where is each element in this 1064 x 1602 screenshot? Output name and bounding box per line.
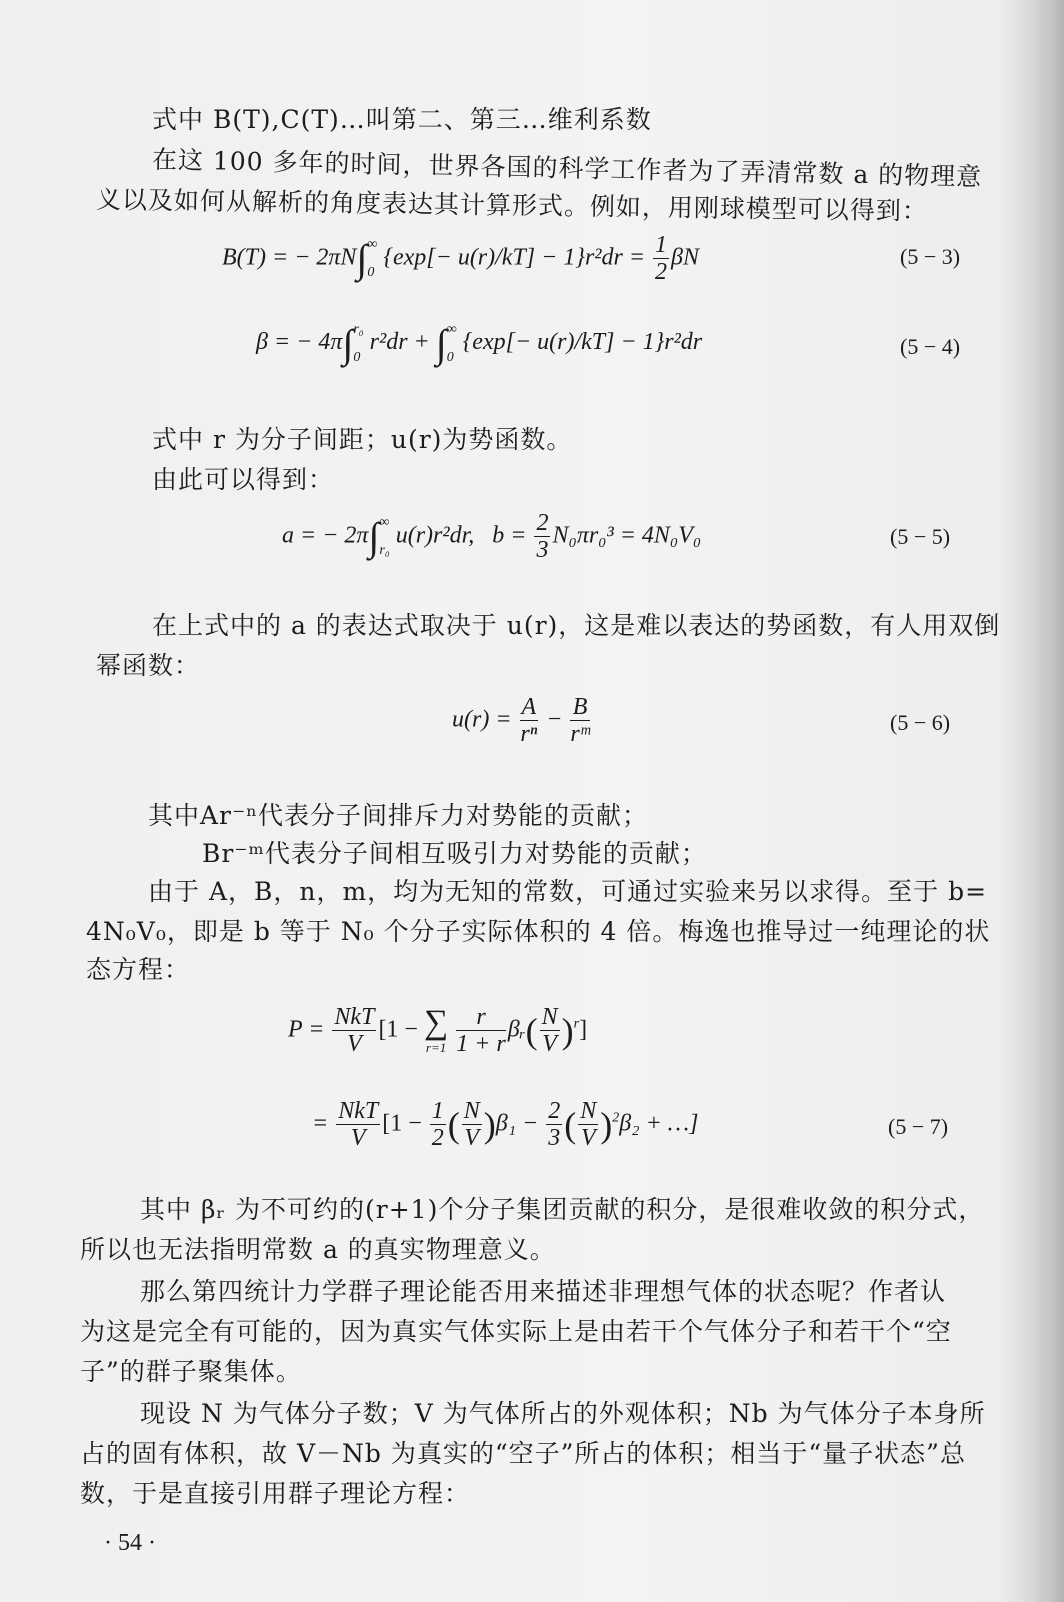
equation-number-5-7: (5 − 7) bbox=[888, 1114, 948, 1140]
fraction-B-over-r-m: Brᵐ bbox=[570, 694, 589, 748]
text-line-repulsion: 其中Ar⁻ⁿ代表分子间排斥力对势能的贡献； bbox=[148, 796, 648, 832]
text-line-paragraph-8c: 态方程： bbox=[86, 950, 190, 986]
text-line-r-definition: 式中 r 为分子间距；u(r)为势函数。 bbox=[152, 420, 572, 456]
text-line-virial-coefficients: 式中 B(T),C(T)…叫第二、第三…维利系数 bbox=[152, 100, 652, 136]
text-line-paragraph-10a: 那么第四统计力学群子理论能否用来描述非理想气体的状态呢？作者认 bbox=[140, 1272, 946, 1308]
text-line-paragraph-5b: 幂函数： bbox=[96, 646, 200, 682]
equation-5-3: B(T) = − 2πN∫∞0 {exp[− u(r)/kT] − 1}r²dr… bbox=[222, 232, 699, 286]
text-line-paragraph-11c: 数，于是直接引用群子理论方程： bbox=[80, 1474, 470, 1510]
integral-sign: ∫ bbox=[436, 321, 447, 366]
equation-5-7-line-1: P = NkTV[1 − ∑r=1 r1 + rβᵣ(NV)r] bbox=[288, 1004, 587, 1058]
equation-number-5-3: (5 − 3) bbox=[900, 244, 960, 270]
text-line-paragraph-10c: 子”的群子聚集体。 bbox=[80, 1352, 302, 1388]
equation-5-4: β = − 4π∫r₀0 r²dr + ∫∞0 {exp[− u(r)/kT] … bbox=[256, 320, 702, 367]
text-line-paragraph-10b: 为这是完全有可能的，因为真实气体实际上是由若干个气体分子和若干个“空 bbox=[80, 1312, 952, 1348]
integral-sign: ∫ bbox=[368, 514, 379, 559]
equation-5-7-line-2: = NkTV[1 − 12(NV)β₁ − 23(NV)2β₂ + …] bbox=[312, 1098, 698, 1152]
equation-5-5: a = − 2π∫∞r₀ u(r)r²dr, b = 23N₀πr₀³ = 4N… bbox=[282, 510, 701, 564]
eq53-lhs: B(T) = − 2πN bbox=[222, 244, 356, 270]
text-line-paragraph-11b: 占的固有体积，故 V－Nb 为真实的“空子”所占的体积；相当于“量子状态”总 bbox=[80, 1434, 966, 1470]
eq53-body: {exp[− u(r)/kT] − 1}r²dr = bbox=[383, 244, 645, 270]
fraction-one-half: 12 bbox=[653, 232, 669, 286]
text-line-paragraph-9b: 所以也无法指明常数 a 的真实物理意义。 bbox=[80, 1230, 556, 1266]
text-line-paragraph-8b: 4N₀V₀，即是 b 等于 N₀ 个分子实际体积的 4 倍。梅逸也推导过一纯理论… bbox=[86, 912, 990, 948]
book-spine-shadow bbox=[1034, 0, 1064, 1602]
text-line-hence: 由此可以得到： bbox=[152, 460, 334, 496]
text-line-paragraph-9a: 其中 βᵣ 为不可约的(r+1)个分子集团贡献的积分，是很难收敛的积分式， bbox=[140, 1190, 984, 1226]
fraction-two-thirds: 23 bbox=[534, 510, 550, 564]
integral-limits: ∞0 bbox=[367, 238, 377, 280]
equation-number-5-6: (5 − 6) bbox=[890, 710, 950, 736]
integral-sign: ∫ bbox=[342, 321, 353, 366]
fraction-A-over-r-n: Arⁿ bbox=[520, 694, 539, 748]
text-line-paragraph-8a: 由于 A，B，n，m，均为无知的常数，可通过实验来另以求得。至于 b= bbox=[148, 872, 987, 908]
book-page: 式中 B(T),C(T)…叫第二、第三…维利系数 在这 100 多年的时间，世界… bbox=[0, 0, 1064, 1602]
text-line-paragraph-11a: 现设 N 为气体分子数；V 为气体所占的外观体积；Nb 为气体分子本身所 bbox=[140, 1394, 986, 1430]
equation-number-5-5: (5 − 5) bbox=[890, 524, 950, 550]
equation-number-5-4: (5 − 4) bbox=[900, 334, 960, 360]
equation-5-6: u(r) = Arⁿ − Brᵐ bbox=[452, 694, 592, 748]
summation-sign: ∑r=1 bbox=[424, 1006, 448, 1056]
integral-sign: ∫ bbox=[356, 236, 367, 281]
text-line-attraction: Br⁻ᵐ代表分子间相互吸引力对势能的贡献； bbox=[202, 834, 707, 870]
page-number: · 54 · bbox=[104, 1530, 156, 1557]
text-line-paragraph-5a: 在上式中的 a 的表达式取决于 u(r)，这是难以表达的势函数，有人用双倒 bbox=[152, 606, 1000, 642]
